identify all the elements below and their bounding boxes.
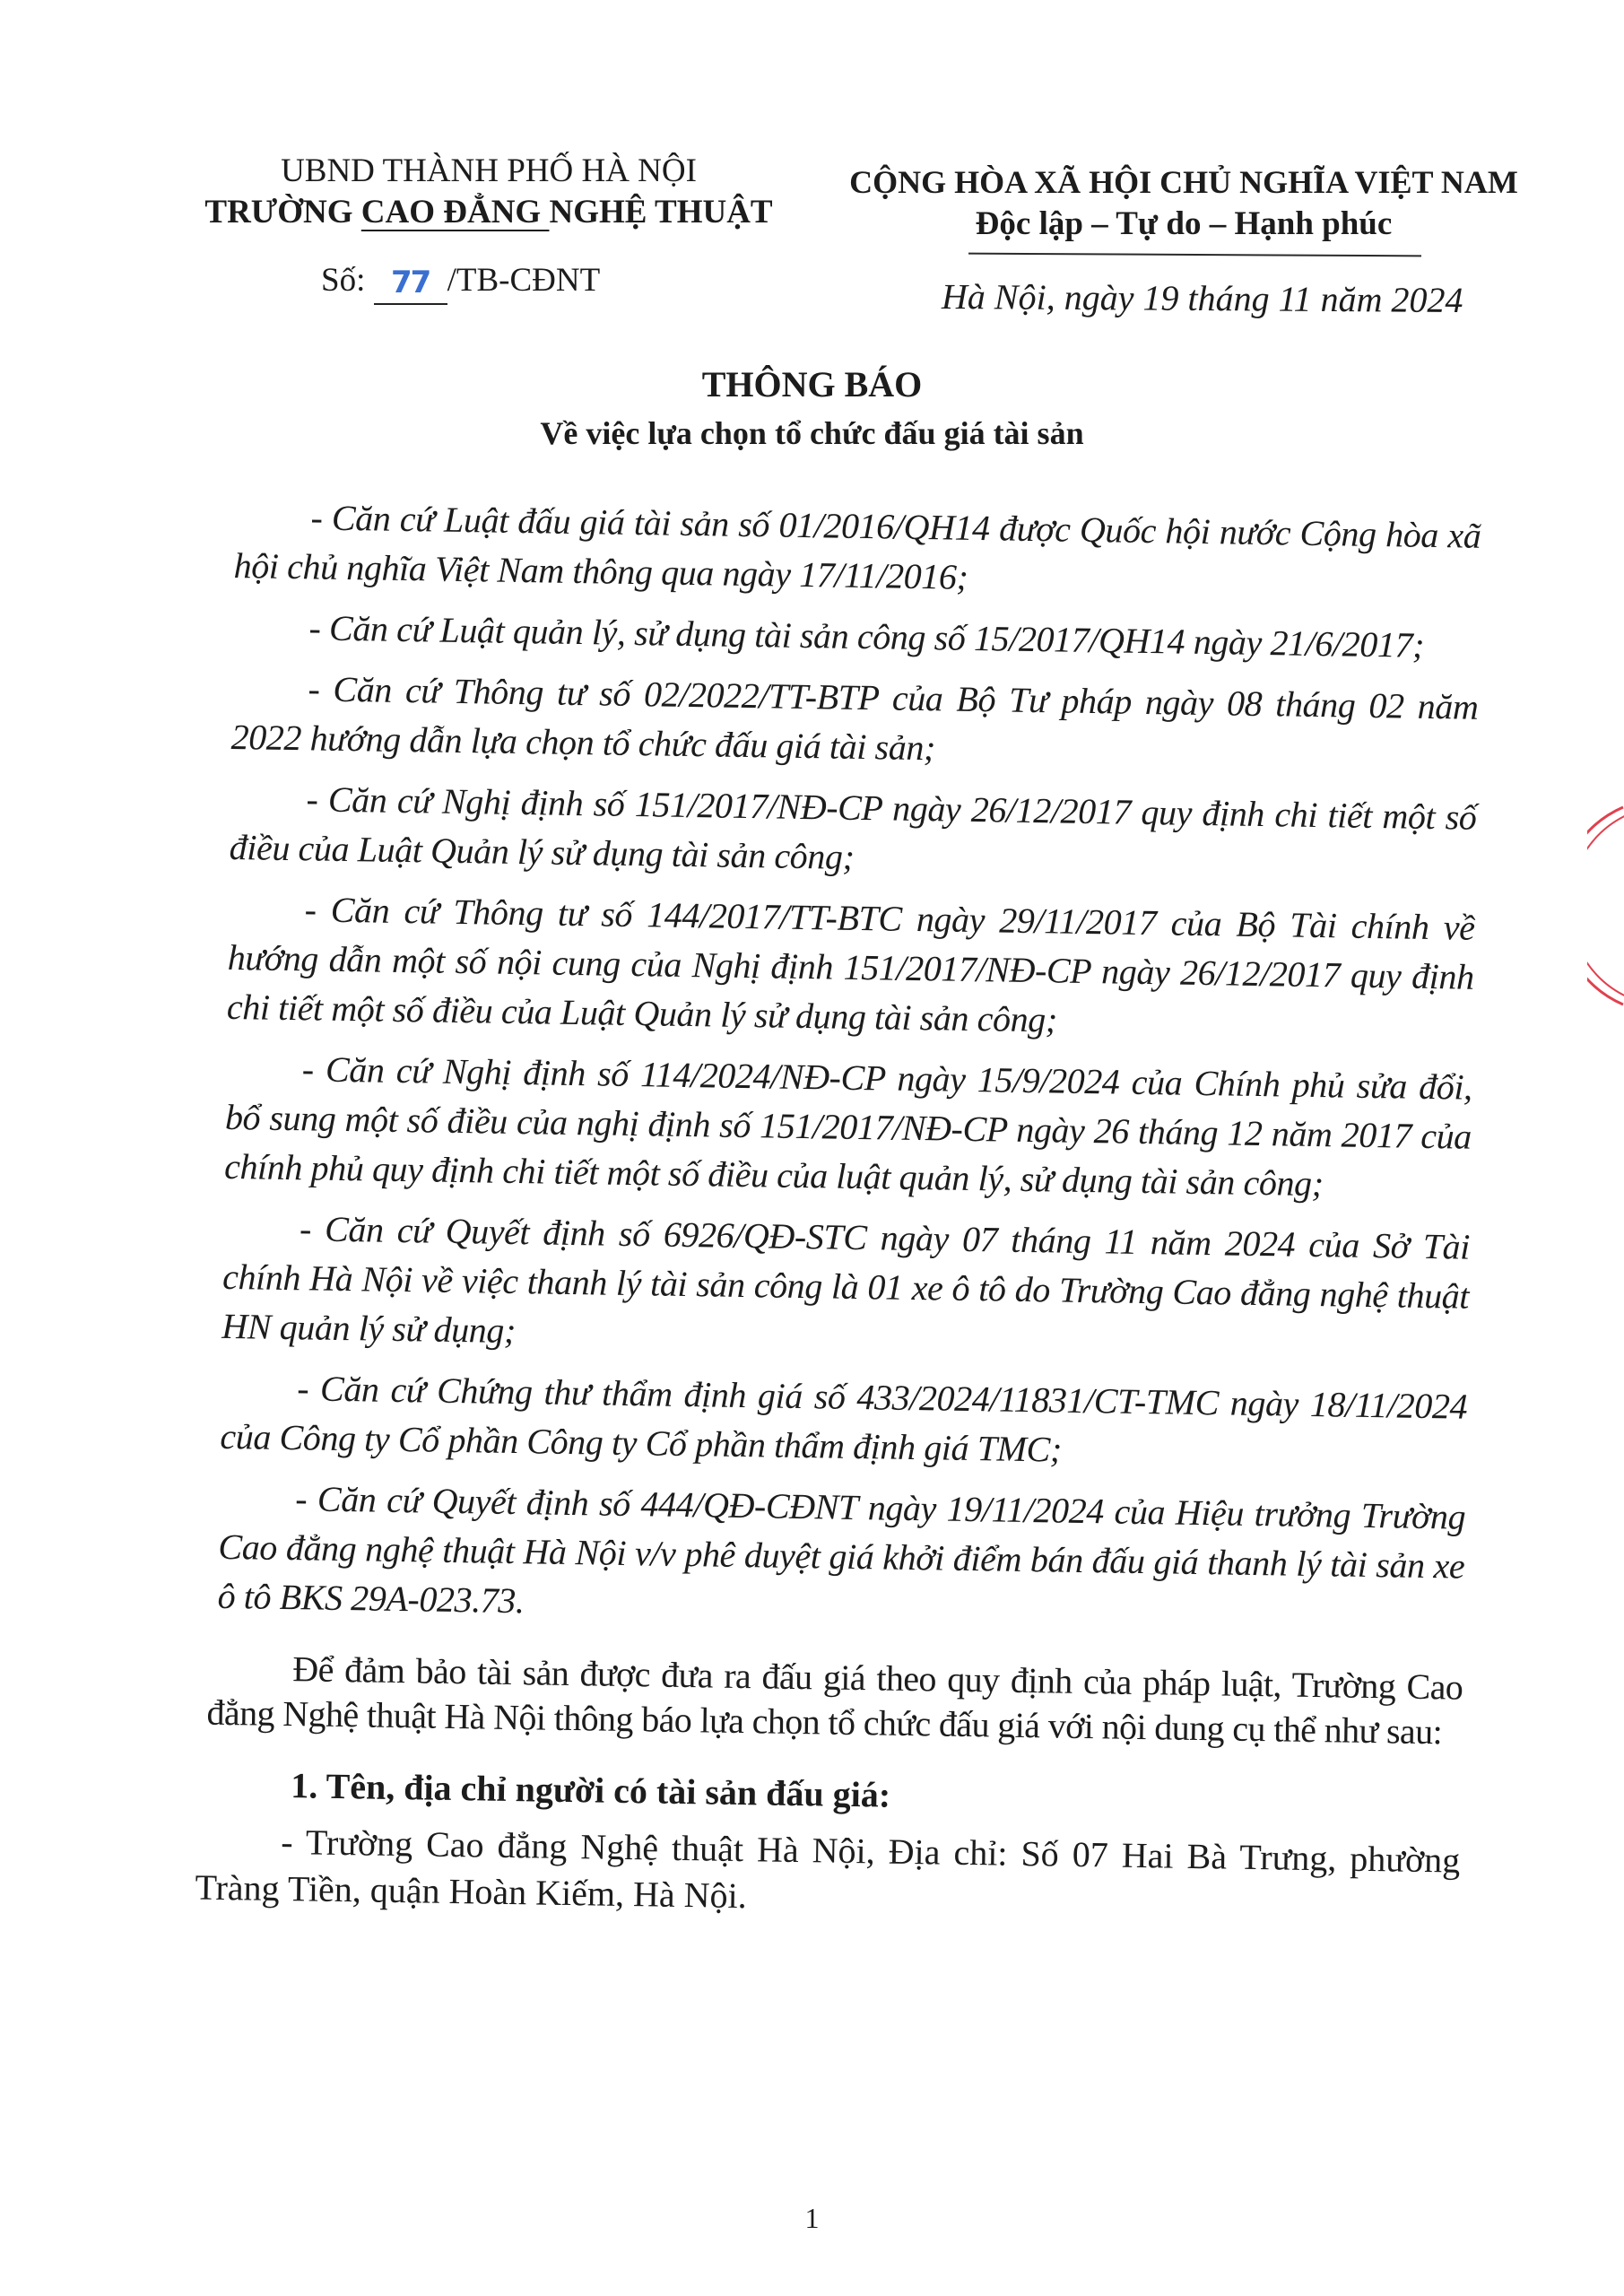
school-suffix: NGHỆ THUẬT bbox=[549, 194, 772, 230]
legal-basis: - Căn cứ Nghị định số 114/2024/NĐ-CP ngà… bbox=[224, 1043, 1472, 1211]
document-subtitle: Về việc lựa chọn tổ chức đấu giá tài sản bbox=[0, 414, 1624, 452]
place-date: Hà Nội, ngày 19 tháng 11 năm 2024 bbox=[942, 274, 1463, 323]
issuer-school: TRƯỜNG CAO ĐẲNG NGHỆ THUẬT bbox=[175, 192, 803, 233]
legal-basis: - Căn cứ Luật quản lý, sử dụng tài sản c… bbox=[232, 602, 1480, 671]
document-title: THÔNG BÁO bbox=[0, 363, 1624, 405]
document-body: - Căn cứ Luật đấu giá tài sản số 01/2016… bbox=[213, 491, 1481, 1931]
school-underlined: CAO ĐẲNG bbox=[361, 194, 550, 230]
legal-basis: - Căn cứ Thông tư số 144/2017/TT-BTC ngà… bbox=[227, 883, 1475, 1051]
school-prefix: TRƯỜNG bbox=[204, 194, 360, 230]
nation-name: CỘNG HÒA XÃ HỘI CHỦ NGHĨA VIỆT NAM bbox=[825, 161, 1542, 203]
doc-number-suffix: /TB-CĐNT bbox=[447, 262, 601, 299]
legal-basis: - Căn cứ Luật đấu giá tài sản số 01/2016… bbox=[233, 491, 1481, 610]
national-heading: CỘNG HÒA XÃ HỘI CHỦ NGHĨA VIỆT NAM Độc l… bbox=[825, 161, 1542, 245]
motto-underline bbox=[968, 253, 1421, 257]
doc-number-field: 77 bbox=[374, 262, 447, 305]
document-page: UBND THÀNH PHỐ HÀ NỘI TRƯỜNG CAO ĐẲNG NG… bbox=[0, 0, 1624, 2296]
section-item: - Trường Cao đẳng Nghệ thuật Hà Nội, Địa… bbox=[195, 1818, 1460, 1931]
legal-basis: - Căn cứ Nghị định số 151/2017/NĐ-CP ngà… bbox=[229, 773, 1477, 891]
red-seal-stamp-icon: NHẬN bbox=[1587, 803, 1624, 1009]
intro-paragraph: Để đảm bảo tài sản được đưa ra đấu giá t… bbox=[206, 1646, 1463, 1755]
document-number: Số: 77/TB-CĐNT bbox=[321, 260, 600, 303]
doc-number-handwritten: 77 bbox=[391, 265, 430, 300]
legal-basis: - Căn cứ Thông tư số 02/2022/TT-BTP của … bbox=[230, 663, 1479, 781]
issuer-block: UBND THÀNH PHỐ HÀ NỘI TRƯỜNG CAO ĐẲNG NG… bbox=[175, 151, 803, 233]
page-number: 1 bbox=[0, 2202, 1624, 2235]
legal-basis: - Căn cứ Chứng thư thẩm định giá số 433/… bbox=[220, 1362, 1468, 1481]
legal-basis: - Căn cứ Quyết định số 444/QĐ-CĐNT ngày … bbox=[217, 1473, 1465, 1640]
legal-basis: - Căn cứ Quyết định số 6926/QĐ-STC ngày … bbox=[221, 1203, 1470, 1370]
issuer-authority: UBND THÀNH PHỐ HÀ NỘI bbox=[175, 151, 803, 192]
national-motto: Độc lập – Tự do – Hạnh phúc bbox=[976, 204, 1393, 245]
doc-number-label: Số: bbox=[321, 262, 374, 299]
section-heading: 1. Tên, địa chỉ người có tài sản đấu giá… bbox=[205, 1762, 1462, 1827]
